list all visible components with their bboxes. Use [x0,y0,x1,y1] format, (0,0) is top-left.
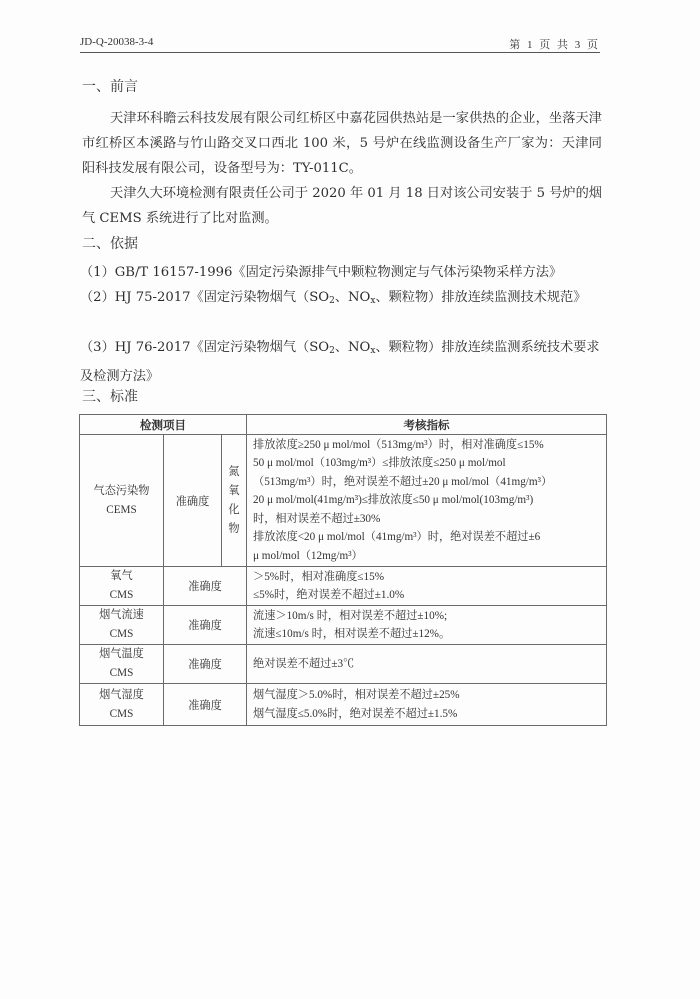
criteria-cell: 流速＞10m/s 时，相对误差不超过±10%; 流速≤10m/s 时，相对误差不… [247,606,607,645]
table-row: 氧气 CMS 准确度 ＞5%时，相对准确度≤15% ≤5%时，绝对误差不超过±1… [80,567,607,606]
type-cell: 准确度 [164,606,247,645]
item-cell: 烟气湿度 CMS [80,684,164,726]
item-system: CMS [80,705,163,724]
criteria-line: 20 μ mol/mol(41mg/m³)≤排放浓度≤50 μ mol/mol(… [253,491,606,510]
criteria-cell: 绝对误差不超过±3℃ [247,645,607,684]
item-name: 烟气温度 [80,645,163,664]
item-cell: 氧气 CMS [80,567,164,606]
criteria-line: ≤5%时，绝对误差不超过±1.0% [253,586,606,605]
item-name: 烟气湿度 [80,686,163,705]
header-test-item: 检测项目 [80,415,247,435]
criteria-cell: ＞5%时，相对准确度≤15% ≤5%时，绝对误差不超过±1.0% [247,567,607,606]
basis-item-2-mid: 、NO [335,290,371,305]
item-system: CMS [80,586,163,605]
item-name: 烟气流速 [80,606,163,625]
item-system: CMS [80,625,163,644]
criteria-line: ＞5%时，相对准确度≤15% [253,568,606,587]
table-row: 烟气温度 CMS 准确度 绝对误差不超过±3℃ [80,645,607,684]
criteria-line: 流速＞10m/s 时，相对误差不超过±10%; [253,607,606,626]
sub-item-char: 氧 [222,482,246,501]
criteria-cell: 排放浓度≥250 μ mol/mol（513mg/m³）时，相对准确度≤15% … [247,435,607,567]
item-cell: 气态污染物 CEMS [80,435,164,567]
basis-item-3-mid: 、NO [335,340,371,355]
criteria-line: 排放浓度≥250 μ mol/mol（513mg/m³）时，相对准确度≤15% [253,436,606,455]
document-page: JD-Q-20038-3-4 第 1 页 共 3 页 一、前言 天津环科瞻云科技… [0,0,700,999]
criteria-line: 烟气湿度＞5.0%时，相对误差不超过±25% [253,686,606,705]
basis-item-1-text: （1）GB/T 16157-1996《固定污染源排气中颗粒物测定与气体污染物采样… [80,265,562,280]
basis-item-3: （3）HJ 76-2017《固定污染物烟气（SO2、NOx、颗粒物）排放连续监测… [80,335,605,389]
table-row: 气态污染物 CEMS 准确度 氮 氧 化 物 排放浓度≥250 μ mol/mo… [80,435,607,567]
type-cell: 准确度 [164,435,222,567]
intro-paragraph-1: 天津环科瞻云科技发展有限公司红桥区中嘉花园供热站是一家供热的企业，坐落天津市红桥… [82,106,602,181]
table-row: 烟气湿度 CMS 准确度 烟气湿度＞5.0%时，相对误差不超过±25% 烟气湿度… [80,684,607,726]
criteria-line: 绝对误差不超过±3℃ [253,655,606,674]
type-cell: 准确度 [164,684,247,726]
sub-item-char: 物 [222,520,246,539]
intro-paragraph-2: 天津久大环境检测有限责任公司于 2020 年 01 月 18 日对该公司安装于 … [82,181,602,231]
basis-item-2-suffix: 、颗粒物）排放连续监测技术规范》 [375,290,586,305]
item-cell: 烟气流速 CMS [80,606,164,645]
section-title-standard: 三、标准 [82,386,138,406]
sub-item-char: 氮 [222,463,246,482]
criteria-line: 烟气湿度≤5.0%时，绝对误差不超过±1.5% [253,705,606,724]
criteria-cell: 烟气湿度＞5.0%时，相对误差不超过±25% 烟气湿度≤5.0%时，绝对误差不超… [247,684,607,726]
basis-item-3-prefix: （3）HJ 76-2017《固定污染物烟气（SO [80,340,329,355]
criteria-line: μ mol/mol（12mg/m³） [253,547,606,566]
type-cell: 准确度 [164,645,247,684]
criteria-line: （513mg/m³）时，绝对误差不超过±20 μ mol/mol（41mg/m³… [253,473,606,492]
item-name: 氧气 [80,567,163,586]
item-system: CEMS [80,501,163,520]
criteria-line: 50 μ mol/mol（103mg/m³）≤排放浓度≤250 μ mol/mo… [253,454,606,473]
standards-table: 检测项目 考核指标 气态污染物 CEMS 准确度 氮 氧 化 物 排放浓度≥25… [79,414,607,726]
sub-item-cell: 氮 氧 化 物 [222,435,247,567]
section-title-intro: 一、前言 [82,76,138,96]
header-criteria: 考核指标 [247,415,607,435]
item-cell: 烟气温度 CMS [80,645,164,684]
table-row: 烟气流速 CMS 准确度 流速＞10m/s 时，相对误差不超过±10%; 流速≤… [80,606,607,645]
sub-item-char: 化 [222,501,246,520]
table-header-row: 检测项目 考核指标 [80,415,607,435]
criteria-line: 排放浓度<20 μ mol/mol（41mg/m³）时，绝对误差不超过±6 [253,528,606,547]
type-cell: 准确度 [164,567,247,606]
basis-item-2-prefix: （2）HJ 75-2017《固定污染物烟气（SO [80,290,329,305]
item-system: CMS [80,664,163,683]
criteria-line: 时，相对误差不超过±30% [253,510,606,529]
page-number: 第 1 页 共 3 页 [509,36,600,52]
page-header: JD-Q-20038-3-4 第 1 页 共 3 页 [80,34,600,53]
section-title-basis: 二、依据 [82,233,138,253]
document-code: JD-Q-20038-3-4 [80,36,153,48]
basis-item-1: （1）GB/T 16157-1996《固定污染源排气中颗粒物测定与气体污染物采样… [80,260,605,285]
basis-item-2: （2）HJ 75-2017《固定污染物烟气（SO2、NOx、颗粒物）排放连续监测… [80,285,605,314]
criteria-line: 流速≤10m/s 时，相对误差不超过±12%。 [253,625,606,644]
item-name: 气态污染物 [80,482,163,501]
